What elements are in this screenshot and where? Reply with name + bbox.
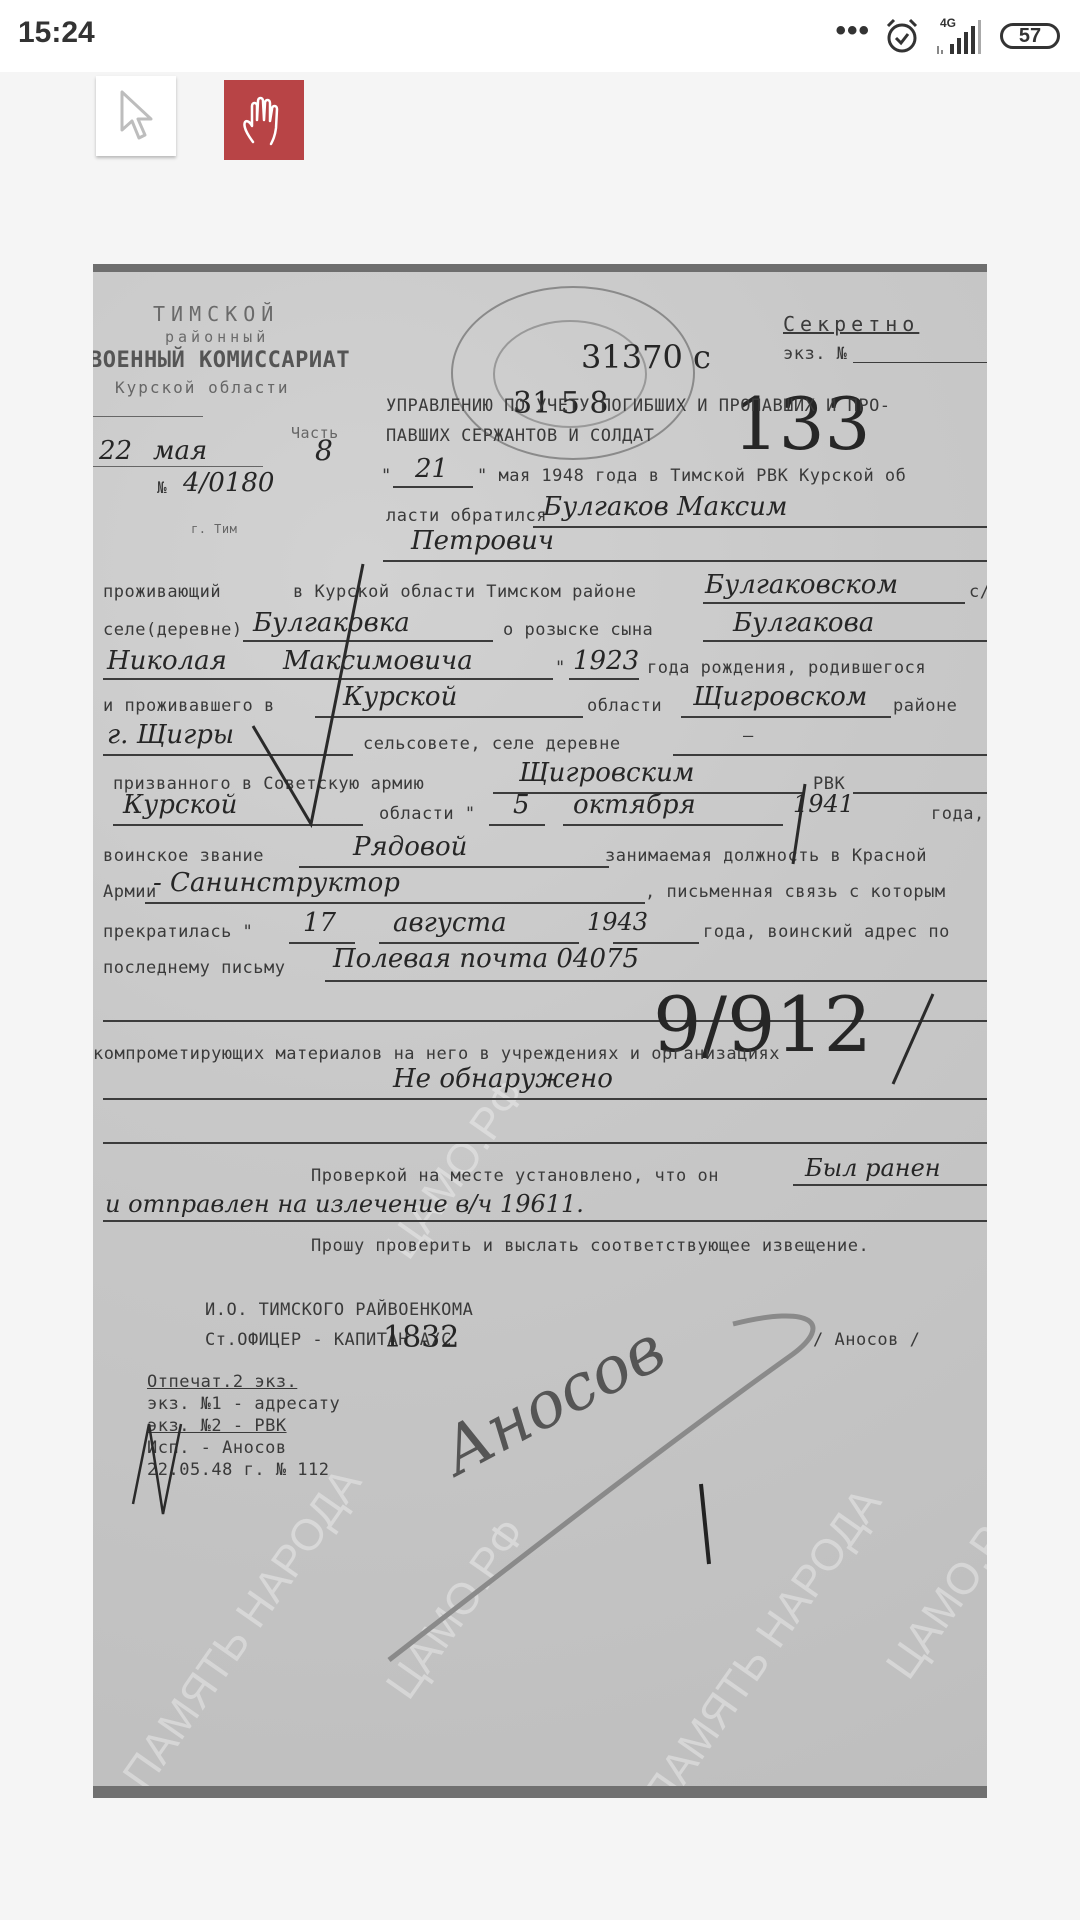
document-scan[interactable]: ЦАМО.РФ ЦАМО.РФ ЦАМО.РФ ПАМЯТЬ НАРОДА ПА… [93,264,987,1798]
scan-edge-bottom [93,1786,987,1798]
pointer-cursor-icon [114,88,158,144]
hand-pan-icon [237,92,291,148]
status-bar: 15:24 ••• 4G 57 [0,0,1080,72]
status-time: 15:24 [18,16,95,50]
more-dots-icon: ••• [835,16,870,46]
pen-marks [93,264,987,1798]
status-icons: ••• 4G 57 [835,14,1060,58]
alarm-clock-icon [884,17,920,55]
battery-indicator: 57 [1000,23,1060,49]
document-viewer[interactable]: ЦАМО.РФ ЦАМО.РФ ЦАМО.РФ ПАМЯТЬ НАРОДА ПА… [0,72,1080,1920]
hand-tool-button[interactable] [224,80,304,160]
signal-icon: 4G [934,16,986,56]
pointer-tool-button[interactable] [96,76,176,156]
